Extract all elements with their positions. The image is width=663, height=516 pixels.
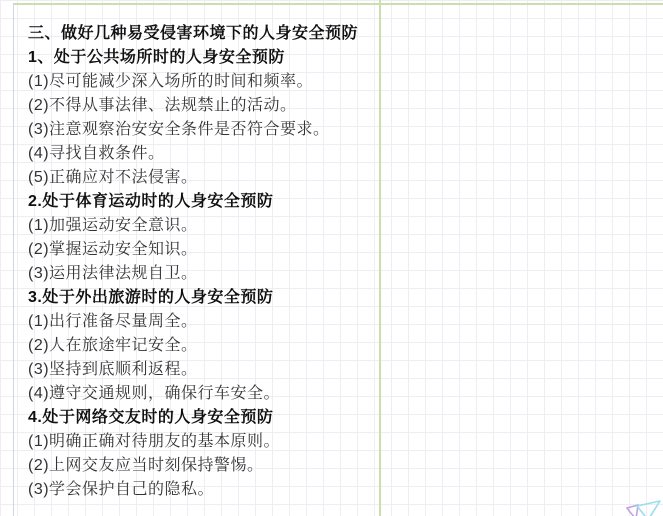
list-item: (4)寻找自救条件。 [28, 142, 378, 166]
section-heading: 1、处于公共场所时的人身安全预防 [28, 46, 378, 70]
safety-notes-text-block: 三、做好几种易受侵害环境下的人身安全预防 1、处于公共场所时的人身安全预防(1)… [28, 22, 378, 502]
list-item: (3)注意观察治安安全条件是否符合要求。 [28, 118, 378, 142]
list-item: (5)正确应对不法侵害。 [28, 166, 378, 190]
list-item: (3)运用法律法规自卫。 [28, 262, 378, 286]
main-title: 三、做好几种易受侵害环境下的人身安全预防 [28, 22, 378, 46]
vertical-ruling-green [379, 0, 381, 516]
list-item: (2)人在旅途牢记安全。 [28, 334, 378, 358]
list-item: (2)上网交友应当时刻保持警惕。 [28, 454, 378, 478]
paper-plane-watermark-icon [624, 497, 662, 516]
list-item: (2)不得从事法律、法规禁止的活动。 [28, 94, 378, 118]
section-heading: 2.处于体育运动时的人身安全预防 [28, 190, 378, 214]
list-item: (4)遵守交通规则，确保行车安全。 [28, 382, 378, 406]
list-item: (3)坚持到底顺利返程。 [28, 358, 378, 382]
horizontal-ruling-green [13, 3, 663, 5]
sections-container: 1、处于公共场所时的人身安全预防(1)尽可能减少深入场所的时间和频率。(2)不得… [28, 46, 378, 502]
document-page: 三、做好几种易受侵害环境下的人身安全预防 1、处于公共场所时的人身安全预防(1)… [0, 0, 663, 516]
list-item: (1)加强运动安全意识。 [28, 214, 378, 238]
section-heading: 3.处于外出旅游时的人身安全预防 [28, 286, 378, 310]
list-item: (1)明确正确对待朋友的基本原则。 [28, 430, 378, 454]
vertical-ruling-blue [13, 3, 14, 516]
section-heading: 4.处于网络交友时的人身安全预防 [28, 406, 378, 430]
list-item: (3)学会保护自己的隐私。 [28, 478, 378, 502]
list-item: (2)掌握运动安全知识。 [28, 238, 378, 262]
list-item: (1)出行准备尽量周全。 [28, 310, 378, 334]
list-item: (1)尽可能减少深入场所的时间和频率。 [28, 70, 378, 94]
